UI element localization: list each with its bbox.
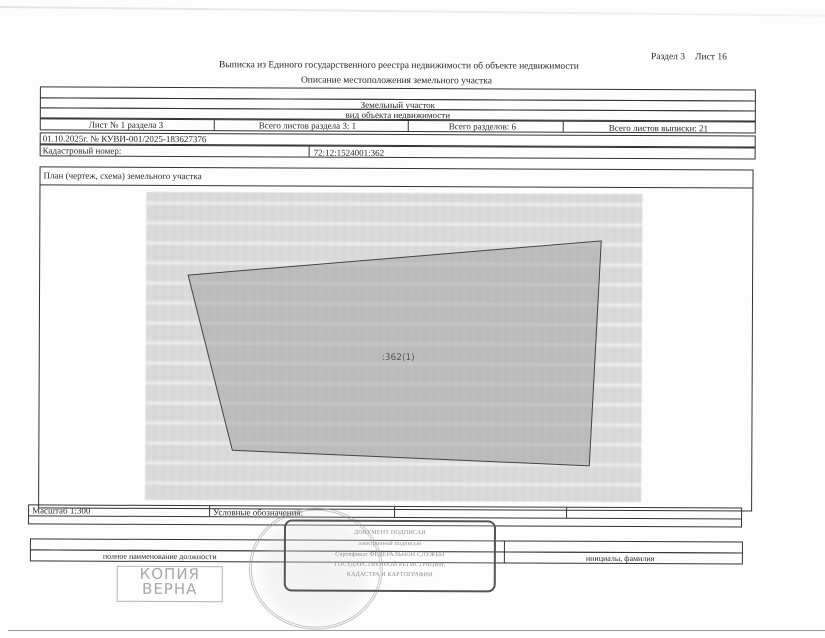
- scan-bottom-edge: [8, 630, 825, 631]
- cadastral-number: 72:12:1524001:362: [314, 149, 385, 158]
- plan-label: План (чертеж, схема) земельного участка: [44, 171, 202, 181]
- electronic-signature-stamp: ДОКУМЕНТ ПОДПИСАН электронной подписью С…: [284, 519, 496, 592]
- sheet-number: Лист 16: [695, 52, 727, 62]
- page-reference: Раздел 3Лист 16: [651, 53, 727, 63]
- sheet-info-row: Лист № 1 раздела 3 Всего листов раздела …: [40, 118, 756, 133]
- sheet-of-section: Лист № 1 раздела 3: [89, 121, 163, 130]
- scale-label: Масштаб 1:300: [32, 506, 90, 515]
- cadastral-row: Кадастровый номер: 72:12:1524001:362: [40, 144, 756, 159]
- section-number: Раздел 3: [651, 52, 685, 62]
- position-caption: полное наименование должности: [103, 553, 217, 561]
- document-subtitle: Описание местоположения земельного участ…: [301, 77, 492, 87]
- request-date-number: 01.10.2025г. № КУВИ-001/2025-183627376: [43, 134, 207, 144]
- plan-drawing-background: [145, 192, 642, 502]
- total-sheets-extract: Всего листов выписки: 21: [609, 124, 708, 133]
- document-page: Раздел 3Лист 16 Выписка из Единого госуд…: [0, 0, 825, 638]
- total-sheets-section: Всего листов раздела 3: 1: [259, 121, 356, 130]
- copy-verified-stamp: КОПИЯ ВЕРНА: [117, 566, 223, 602]
- initials-caption: инициалы, фамилия: [586, 555, 654, 563]
- document-title: Выписка из Единого государственного реес…: [219, 61, 579, 72]
- total-sections: Всего разделов: 6: [449, 122, 516, 131]
- cadastral-label: Кадастровый номер:: [43, 146, 122, 155]
